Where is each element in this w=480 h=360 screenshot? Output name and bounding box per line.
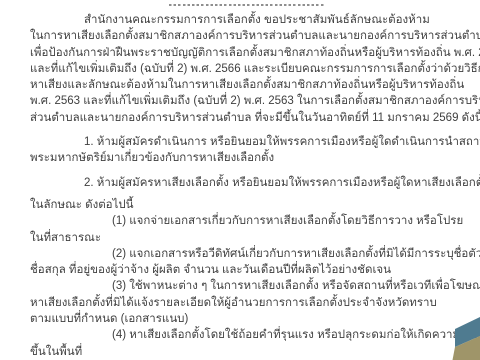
text-line: 1. ห้ามผู้สมัครดำเนินการ หรือยินยอมให้พร… bbox=[30, 134, 452, 150]
text-line: หาเสียงเลือกตั้งที่มิได้แจ้งรายละเอียดให… bbox=[30, 295, 452, 311]
text-line: ตามแบบที่กำหนด (เอกสารแนบ) bbox=[30, 311, 452, 327]
text-line: พระมหากษัตริย์มาเกี่ยวข้องกับการหาเสียงเ… bbox=[30, 150, 452, 166]
paragraph-item-1: 1. ห้ามผู้สมัครดำเนินการ หรือยินยอมให้พร… bbox=[30, 134, 452, 167]
text-line: (4) หาเสียงเลือกตั้งโดยใช้ถ้อยคำที่รุนแร… bbox=[30, 327, 452, 343]
text-line: เพื่อป้องกันการฝ่าฝืนพระราชบัญญัติการเลื… bbox=[30, 45, 452, 61]
document-page: สำนักงานคณะกรรมการการเลือกตั้ง ขอประชาสั… bbox=[0, 0, 480, 360]
text-line: พ.ศ. 2563 และที่แก้ไขเพิ่มเติมถึง (ฉบับท… bbox=[30, 93, 452, 109]
text-line: 2. ห้ามผู้สมัครหาเสียงเลือกตั้ง หรือยินย… bbox=[30, 175, 452, 191]
paragraph-subitem-1: (1) แจกจ่ายเอกสารเกี่ยวกับการหาเสียงเลือ… bbox=[30, 213, 452, 246]
text-line: ส่วนตำบลและนายกองค์การบริหารส่วนตำบล ที่… bbox=[30, 110, 452, 126]
text-line: (2) แจกเอกสารหรือวีดิทัศน์เกี่ยวกับการหา… bbox=[30, 246, 452, 262]
text-line: หาเสียงและลักษณะต้องห้ามในการหาเสียงเลือ… bbox=[30, 77, 452, 93]
dashed-divider bbox=[169, 4, 325, 6]
text-line: ในลักษณะ ดังต่อไปนี้ bbox=[30, 197, 452, 213]
paragraph-intro: สำนักงานคณะกรรมการการเลือกตั้ง ขอประชาสั… bbox=[30, 12, 452, 126]
text-line: ชื่อสกุล ที่อยู่ของผู้ว่าจ้าง ผู้ผลิต จำ… bbox=[30, 262, 452, 278]
text-line: สำนักงานคณะกรรมการการเลือกตั้ง ขอประชาสั… bbox=[30, 12, 452, 28]
paragraph-subitem-2: (2) แจกเอกสารหรือวีดิทัศน์เกี่ยวกับการหา… bbox=[30, 246, 452, 279]
text-line: และที่แก้ไขเพิ่มเติมถึง (ฉบับที่ 2) พ.ศ.… bbox=[30, 61, 452, 77]
text-line: ในที่สาธารณะ bbox=[30, 230, 452, 246]
document-text: สำนักงานคณะกรรมการการเลือกตั้ง ขอประชาสั… bbox=[30, 12, 452, 360]
paragraph-subitem-3: (3) ใช้พาหนะต่าง ๆ ในการหาเสียงเลือกตั้ง… bbox=[30, 278, 452, 327]
paragraph-subitem-4: (4) หาเสียงเลือกตั้งโดยใช้ถ้อยคำที่รุนแร… bbox=[30, 327, 452, 360]
text-line: (3) ใช้พาหนะต่าง ๆ ในการหาเสียงเลือกตั้ง… bbox=[30, 278, 452, 294]
text-line: ขึ้นในพื้นที่ bbox=[30, 344, 452, 360]
paragraph-item-2: 2. ห้ามผู้สมัครหาเสียงเลือกตั้ง หรือยินย… bbox=[30, 175, 452, 214]
text-line: ในการหาเสียงเลือกตั้งสมาชิกสภาองค์การบริ… bbox=[30, 28, 452, 44]
text-line: (1) แจกจ่ายเอกสารเกี่ยวกับการหาเสียงเลือ… bbox=[30, 213, 452, 229]
